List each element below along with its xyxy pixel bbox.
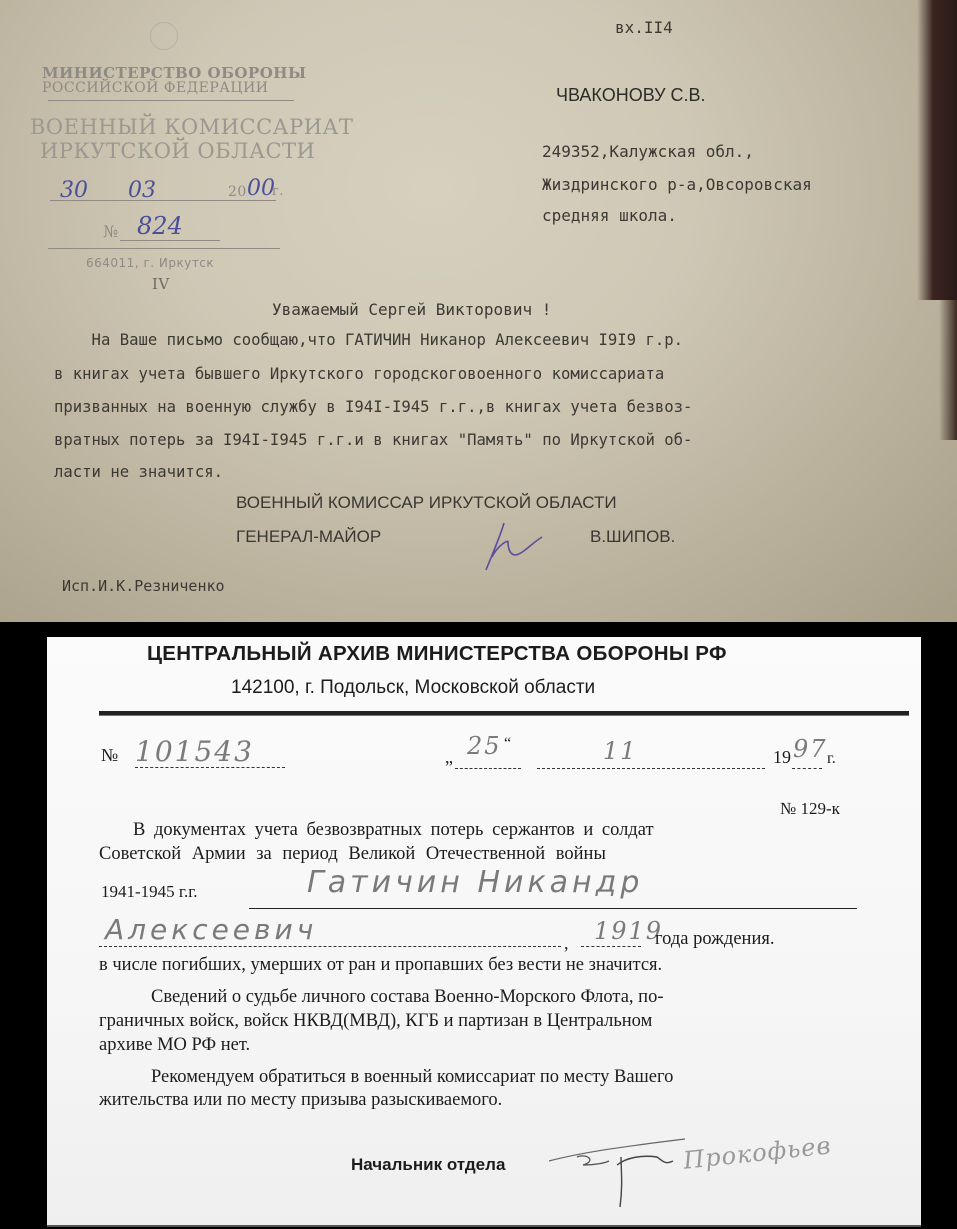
letterhead-section: IV	[152, 275, 170, 293]
intro-line: В документах учета безвозвратных потерь …	[133, 820, 654, 841]
letter-number-label: №	[103, 222, 119, 241]
body-line: в книгах учета бывшего Иркутского городс…	[54, 365, 664, 383]
recipient-address-line3: средняя школа.	[542, 206, 677, 225]
patronymic-underline	[99, 946, 561, 947]
comma: ,	[564, 933, 569, 954]
reg-year: 97	[793, 735, 828, 763]
person-name-line2: Алексеевич	[105, 913, 317, 946]
emblem-icon	[150, 22, 178, 50]
body-line: вратных потерь за I94I-I945 г.г.и в книг…	[54, 431, 692, 449]
intro-line: Советской Армии за период Великой Отечес…	[99, 844, 606, 865]
body-line: На Ваше письмо сообщаю,что ГАТИЧИН Никан…	[54, 331, 683, 349]
reg-year-suffix: г.	[827, 750, 836, 768]
result-line: в числе погибших, умерших от ран и пропа…	[99, 955, 662, 976]
letterhead-bottom-rule	[48, 248, 280, 249]
person-name-line1: Гатичин Никандр	[307, 865, 643, 900]
signature-icon	[478, 515, 548, 575]
recipient-name: ЧВАКОНОВУ С.В.	[556, 85, 706, 106]
reg-number-underline	[135, 767, 285, 768]
reg-day-close: “	[504, 735, 511, 753]
recipient-address-line2: Жиздринского р-а,Овсоровская	[542, 175, 812, 194]
letter-date-year-prefix: 20	[228, 184, 247, 200]
reg-day-underline	[455, 768, 521, 769]
reg-number-value: 101543	[135, 735, 254, 768]
letter-number-value: 824	[137, 212, 183, 240]
reg-day: 25	[467, 732, 502, 760]
reg-month: 11	[603, 737, 638, 765]
period: 1941-1945 г.г.	[101, 882, 198, 902]
reg-number-label: №	[101, 745, 118, 766]
letter-date-suffix: г.	[272, 184, 284, 199]
letterhead-federation: РОССИЙСКОЙ ФЕДЕРАЦИИ	[42, 80, 269, 96]
reg-year-underline	[792, 768, 822, 769]
recipient-address-line1: 249352,Калужская обл.,	[542, 142, 754, 161]
letterhead-address: 664011, г. Иркутск	[86, 256, 214, 270]
info-line: Сведений о судьбе личного состава Военно…	[151, 987, 664, 1008]
info-line: архиве МО РФ нет.	[99, 1035, 250, 1056]
body-line: призванных на военную службу в I94I-I945…	[54, 398, 692, 416]
page-edge-shadow	[917, 0, 957, 300]
birth-label: года рождения.	[655, 929, 774, 950]
recommend-line: жительства или по месту призыва разыскив…	[99, 1090, 502, 1111]
letterhead-region: ИРКУТСКОЙ ОБЛАСТИ	[40, 139, 315, 163]
signature-icon	[547, 1135, 687, 1215]
number-underline	[120, 240, 220, 241]
birth-year: 1919	[594, 917, 663, 945]
date-underline	[50, 200, 276, 201]
signatory-title: ВОЕННЫЙ КОМИССАР ИРКУТСКОЙ ОБЛАСТИ	[236, 493, 617, 513]
typed-letter-photo: МИНИСТЕРСТВО ОБОРОНЫ РОССИЙСКОЙ ФЕДЕРАЦИ…	[0, 0, 957, 622]
header-rule	[99, 711, 909, 716]
body-line: ласти не значится.	[54, 463, 223, 481]
info-line: граничных войск, войск НКВД(МВД), КГБ и …	[99, 1011, 652, 1032]
reg-year-prefix: 19	[773, 747, 791, 768]
letterhead-divider	[48, 100, 294, 101]
signature-name: Прокофьев	[682, 1131, 833, 1174]
form-number: № 129-к	[780, 799, 840, 819]
incoming-reference: вх.II4	[615, 18, 673, 37]
signatory-label: Начальник отдела	[351, 1155, 505, 1175]
recommend-line: Рекомендуем обратиться в военный комисса…	[151, 1067, 673, 1088]
archive-name: ЦЕНТРАЛЬНЫЙ АРХИВ МИНИСТЕРСТВА ОБОРОНЫ Р…	[147, 642, 727, 666]
archive-certificate-scan: ЦЕНТРАЛЬНЫЙ АРХИВ МИНИСТЕРСТВА ОБОРОНЫ Р…	[47, 637, 921, 1227]
signatory-rank: ГЕНЕРАЛ-МАЙОР	[236, 527, 381, 547]
letter-date-year: 00	[247, 176, 275, 201]
archive-address: 142100, г. Подольск, Московской области	[231, 677, 595, 699]
reg-quote-open: „	[445, 747, 453, 768]
signatory-name: В.ШИПОВ.	[590, 527, 675, 547]
page-edge-shadow	[939, 300, 957, 440]
salutation: Уважаемый Сергей Викторович !	[272, 300, 551, 319]
executor: Исп.И.К.Резниченко	[62, 577, 225, 595]
name-underline	[249, 908, 857, 909]
letterhead-commissariat: ВОЕННЫЙ КОМИССАРИАТ	[30, 115, 353, 139]
reg-month-underline	[537, 768, 765, 769]
birth-year-underline	[581, 946, 641, 947]
